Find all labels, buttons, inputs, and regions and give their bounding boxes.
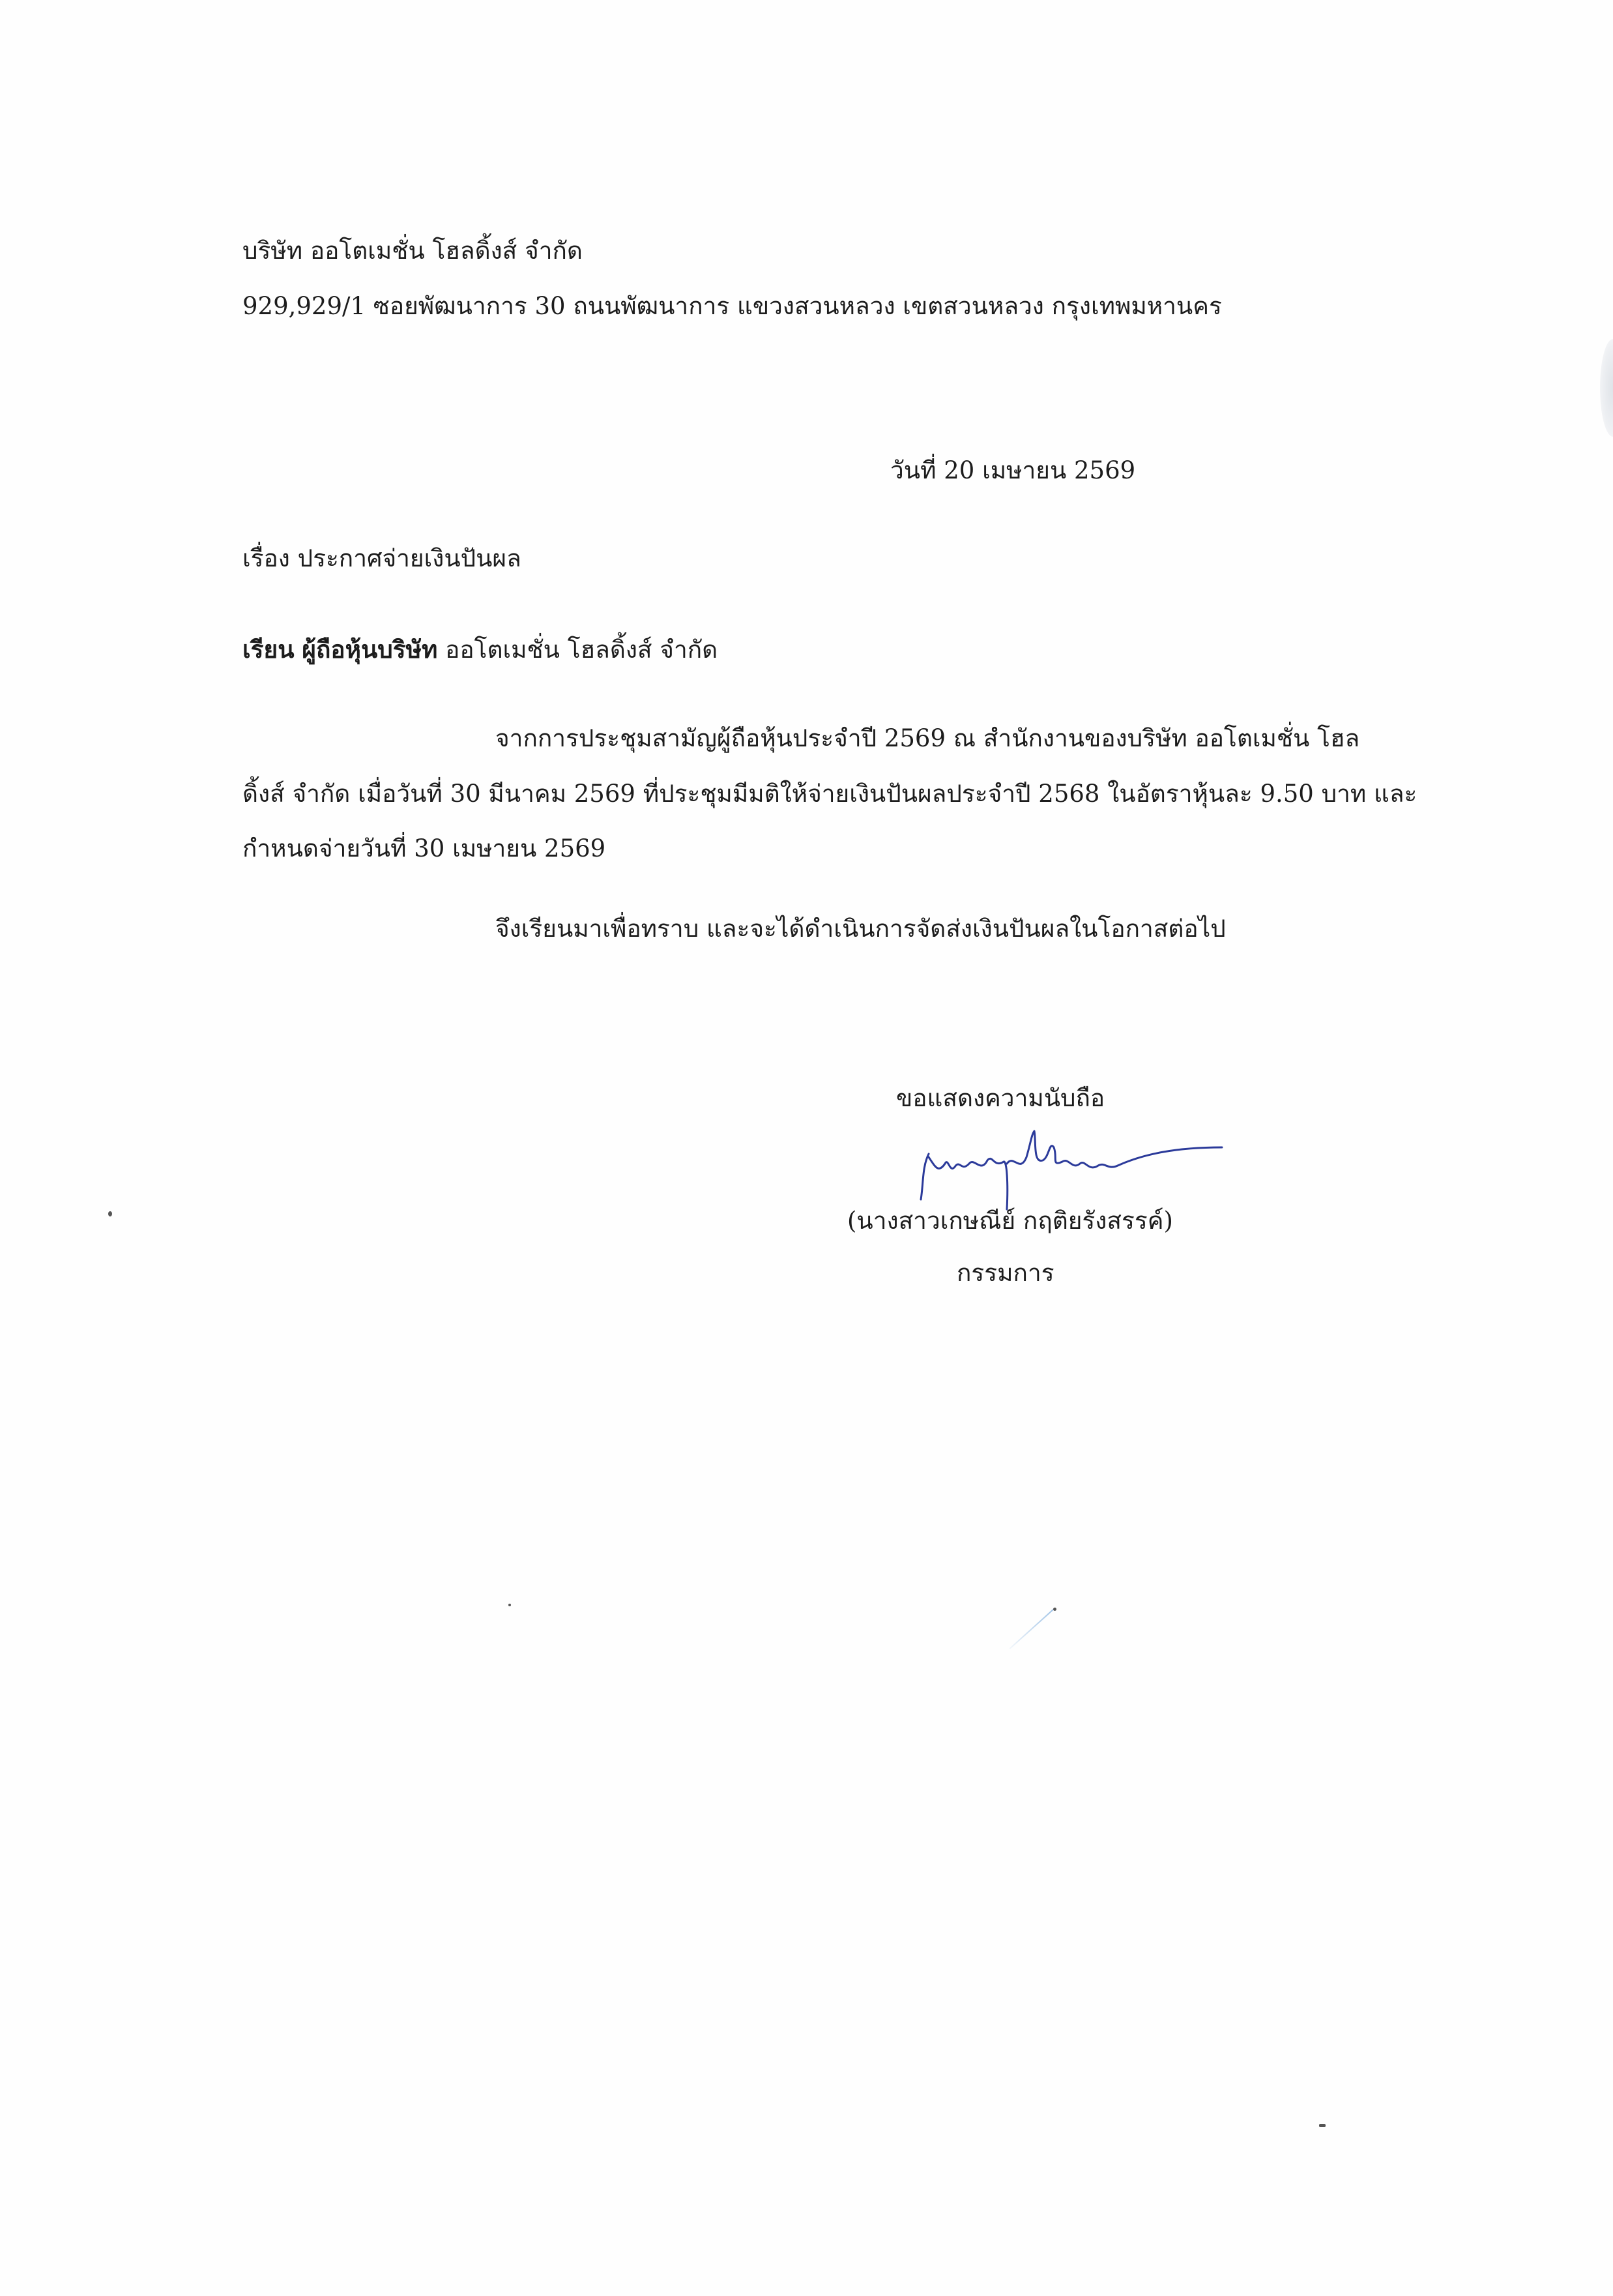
scan-speck (1053, 1608, 1056, 1611)
signature-image (909, 1128, 1235, 1213)
body-line-3: กำหนดจ่ายวันที่ 30 เมษายน 2569 (242, 832, 605, 865)
signatory-title: กรรมการ (957, 1257, 1054, 1289)
body-line-2: ดิ้งส์ จำกัด เมื่อวันที่ 30 มีนาคม 2569 … (242, 778, 1417, 810)
subject-line: เรื่อง ประกาศจ่ายเงินปันผล (242, 542, 521, 575)
scan-edge-shadow (1600, 339, 1613, 437)
closing-phrase: ขอแสดงความนับถือ (896, 1082, 1105, 1115)
salutation-recipient: ออโตเมชั่น โฮลดิ้งส์ จำกัด (445, 636, 718, 664)
scan-speck (108, 1211, 112, 1216)
scan-streak (1009, 1609, 1053, 1649)
scan-speck (508, 1604, 511, 1606)
salutation-label: เรียน (242, 635, 295, 664)
salutation-recipient-bold: ผู้ถือหุ้นบริษัท (302, 635, 437, 664)
company-name: บริษัท ออโตเมชั่น โฮลดิ้งส์ จำกัด (242, 235, 583, 267)
letter-date: วันที่ 20 เมษายน 2569 (890, 454, 1135, 487)
salutation-line: เรียน ผู้ถือหุ้นบริษัท ออโตเมชั่น โฮลดิ้… (242, 633, 718, 666)
scan-speck (1319, 2124, 1326, 2127)
letter-page: บริษัท ออโตเมชั่น โฮลดิ้งส์ จำกัด 929,92… (0, 0, 1613, 2296)
closing-paragraph: จึงเรียนมาเพื่อทราบ และจะได้ดำเนินการจัด… (495, 913, 1226, 945)
body-line-1: จากการประชุมสามัญผู้ถือหุ้นประจำปี 2569 … (495, 722, 1359, 755)
signatory-name: (นางสาวเกษณีย์ กฤติยรังสรรค์) (847, 1205, 1173, 1237)
subject-label: เรื่อง (242, 544, 290, 572)
subject-text: ประกาศจ่ายเงินปันผล (298, 544, 521, 572)
company-address: 929,929/1 ซอยพัฒนาการ 30 ถนนพัฒนาการ แขว… (242, 290, 1222, 323)
